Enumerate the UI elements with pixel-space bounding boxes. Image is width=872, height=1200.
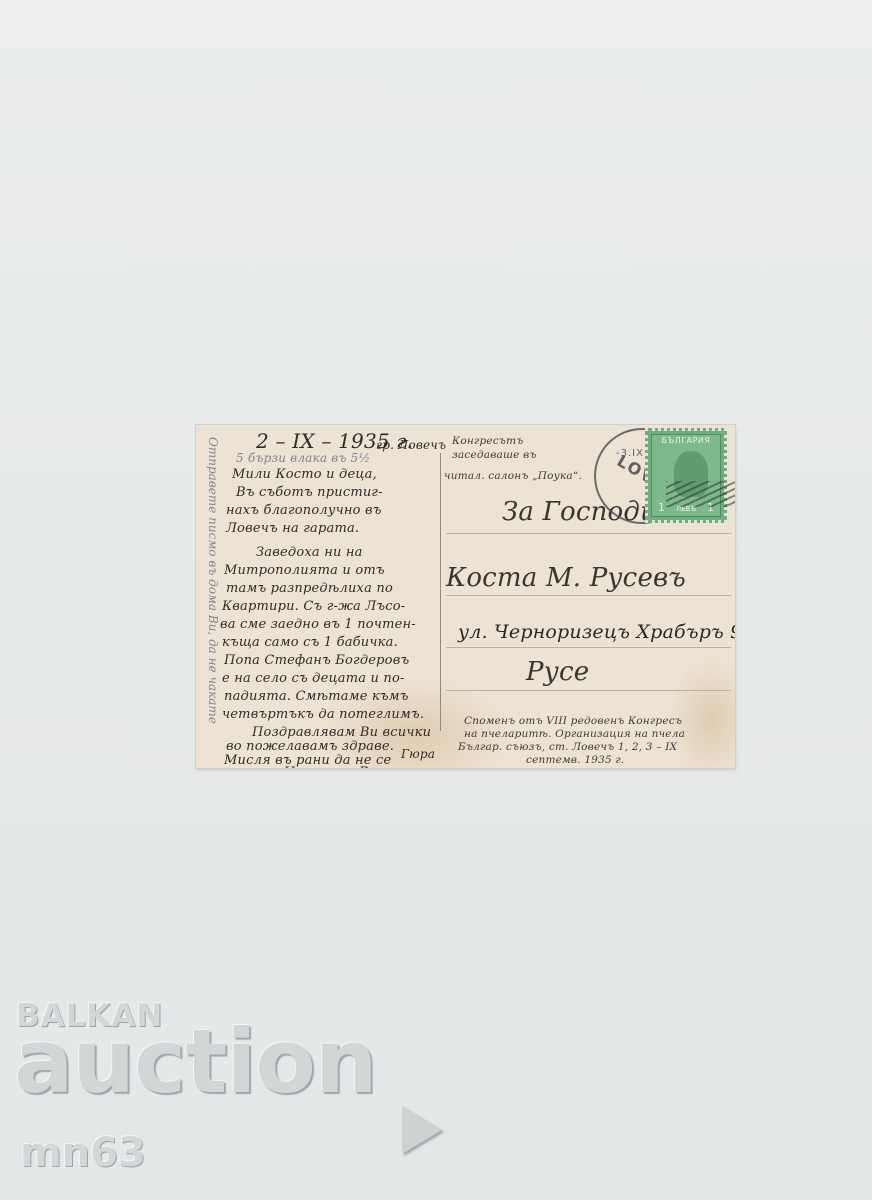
address-line [446, 533, 731, 534]
postcard: 2 – IX – 1935 г. гр. Ловечъ 5 бързи влак… [196, 425, 735, 768]
bottom-note-line: Споменъ отъ VIII редовенъ Конгресъ [464, 715, 682, 727]
address-line [446, 595, 731, 596]
stamp-country: БЪЛГАРИЯ [652, 436, 720, 445]
message-line: падията. Смѣтаме къмъ [224, 689, 409, 704]
message-line: Поздравлявам Ви всички [252, 725, 431, 740]
pencil-note: 5 бързи влака въ 5½ [236, 451, 370, 465]
message-line: ва сме заедно въ 1 почтен- [220, 617, 416, 632]
message-line: Митрополията и отъ [224, 563, 385, 578]
bottom-note-line: на пчеларитѣ. Организация на пчела [464, 728, 685, 740]
address-city: Русе [526, 657, 589, 687]
message-line: Мили Косто и деца, [232, 467, 377, 482]
address-line [446, 690, 731, 691]
message-line: четвъртъкъ да потеглимъ. [222, 707, 424, 722]
message-line: Заведоха ни на [256, 545, 363, 560]
signature: Гюра [401, 747, 435, 761]
message-line: Квартири. Съ г-жа Лъсо- [222, 599, 405, 614]
message-line: тамъ разпредѣлиха по [226, 581, 393, 596]
cancellation-bars [666, 481, 735, 507]
message-line: Въ съботъ пристиг- [236, 485, 383, 500]
postage-stamp: БЪЛГАРИЯ 1 ЛЕВЪ 1 [645, 428, 727, 523]
right-note-line: читал. салонъ „Поука“. [444, 470, 582, 482]
message-line: къща само съ 1 бабичка. [222, 635, 398, 650]
message-line: Попа Стефанъ Богдеровъ [224, 653, 409, 668]
message-line: во пожелавамъ здраве. [226, 739, 394, 754]
margin-note: Отправете писмо въ дома Ви, да не чакате [206, 437, 220, 724]
postcard-divider [440, 453, 441, 731]
address-street: ул. Черноризецъ Храбъръ 9 [458, 621, 735, 643]
message-line: нахъ благополучно въ [226, 503, 382, 518]
message-line: Ловечъ на гарата. [226, 521, 359, 536]
watermark-seller-id: mn63 [20, 1130, 146, 1176]
right-note-line: Конгресътъ [452, 435, 523, 447]
play-arrow-icon [402, 1106, 442, 1154]
postcard-place: гр. Ловечъ [376, 438, 446, 452]
message-line: върнем. Целувамъ Ви — [222, 765, 395, 768]
right-note-line: заседаваше въ [452, 449, 537, 461]
watermark-auction: auction [14, 1010, 377, 1113]
message-line: е на село съ децата и по- [222, 671, 405, 686]
address-name: Коста М. Русевъ [446, 563, 686, 593]
bottom-note-line: Българ. съюзъ, ст. Ловечъ 1, 2, 3 – IX [458, 741, 677, 753]
address-line [446, 647, 731, 648]
bottom-note-line: септемв. 1935 г. [526, 754, 624, 766]
